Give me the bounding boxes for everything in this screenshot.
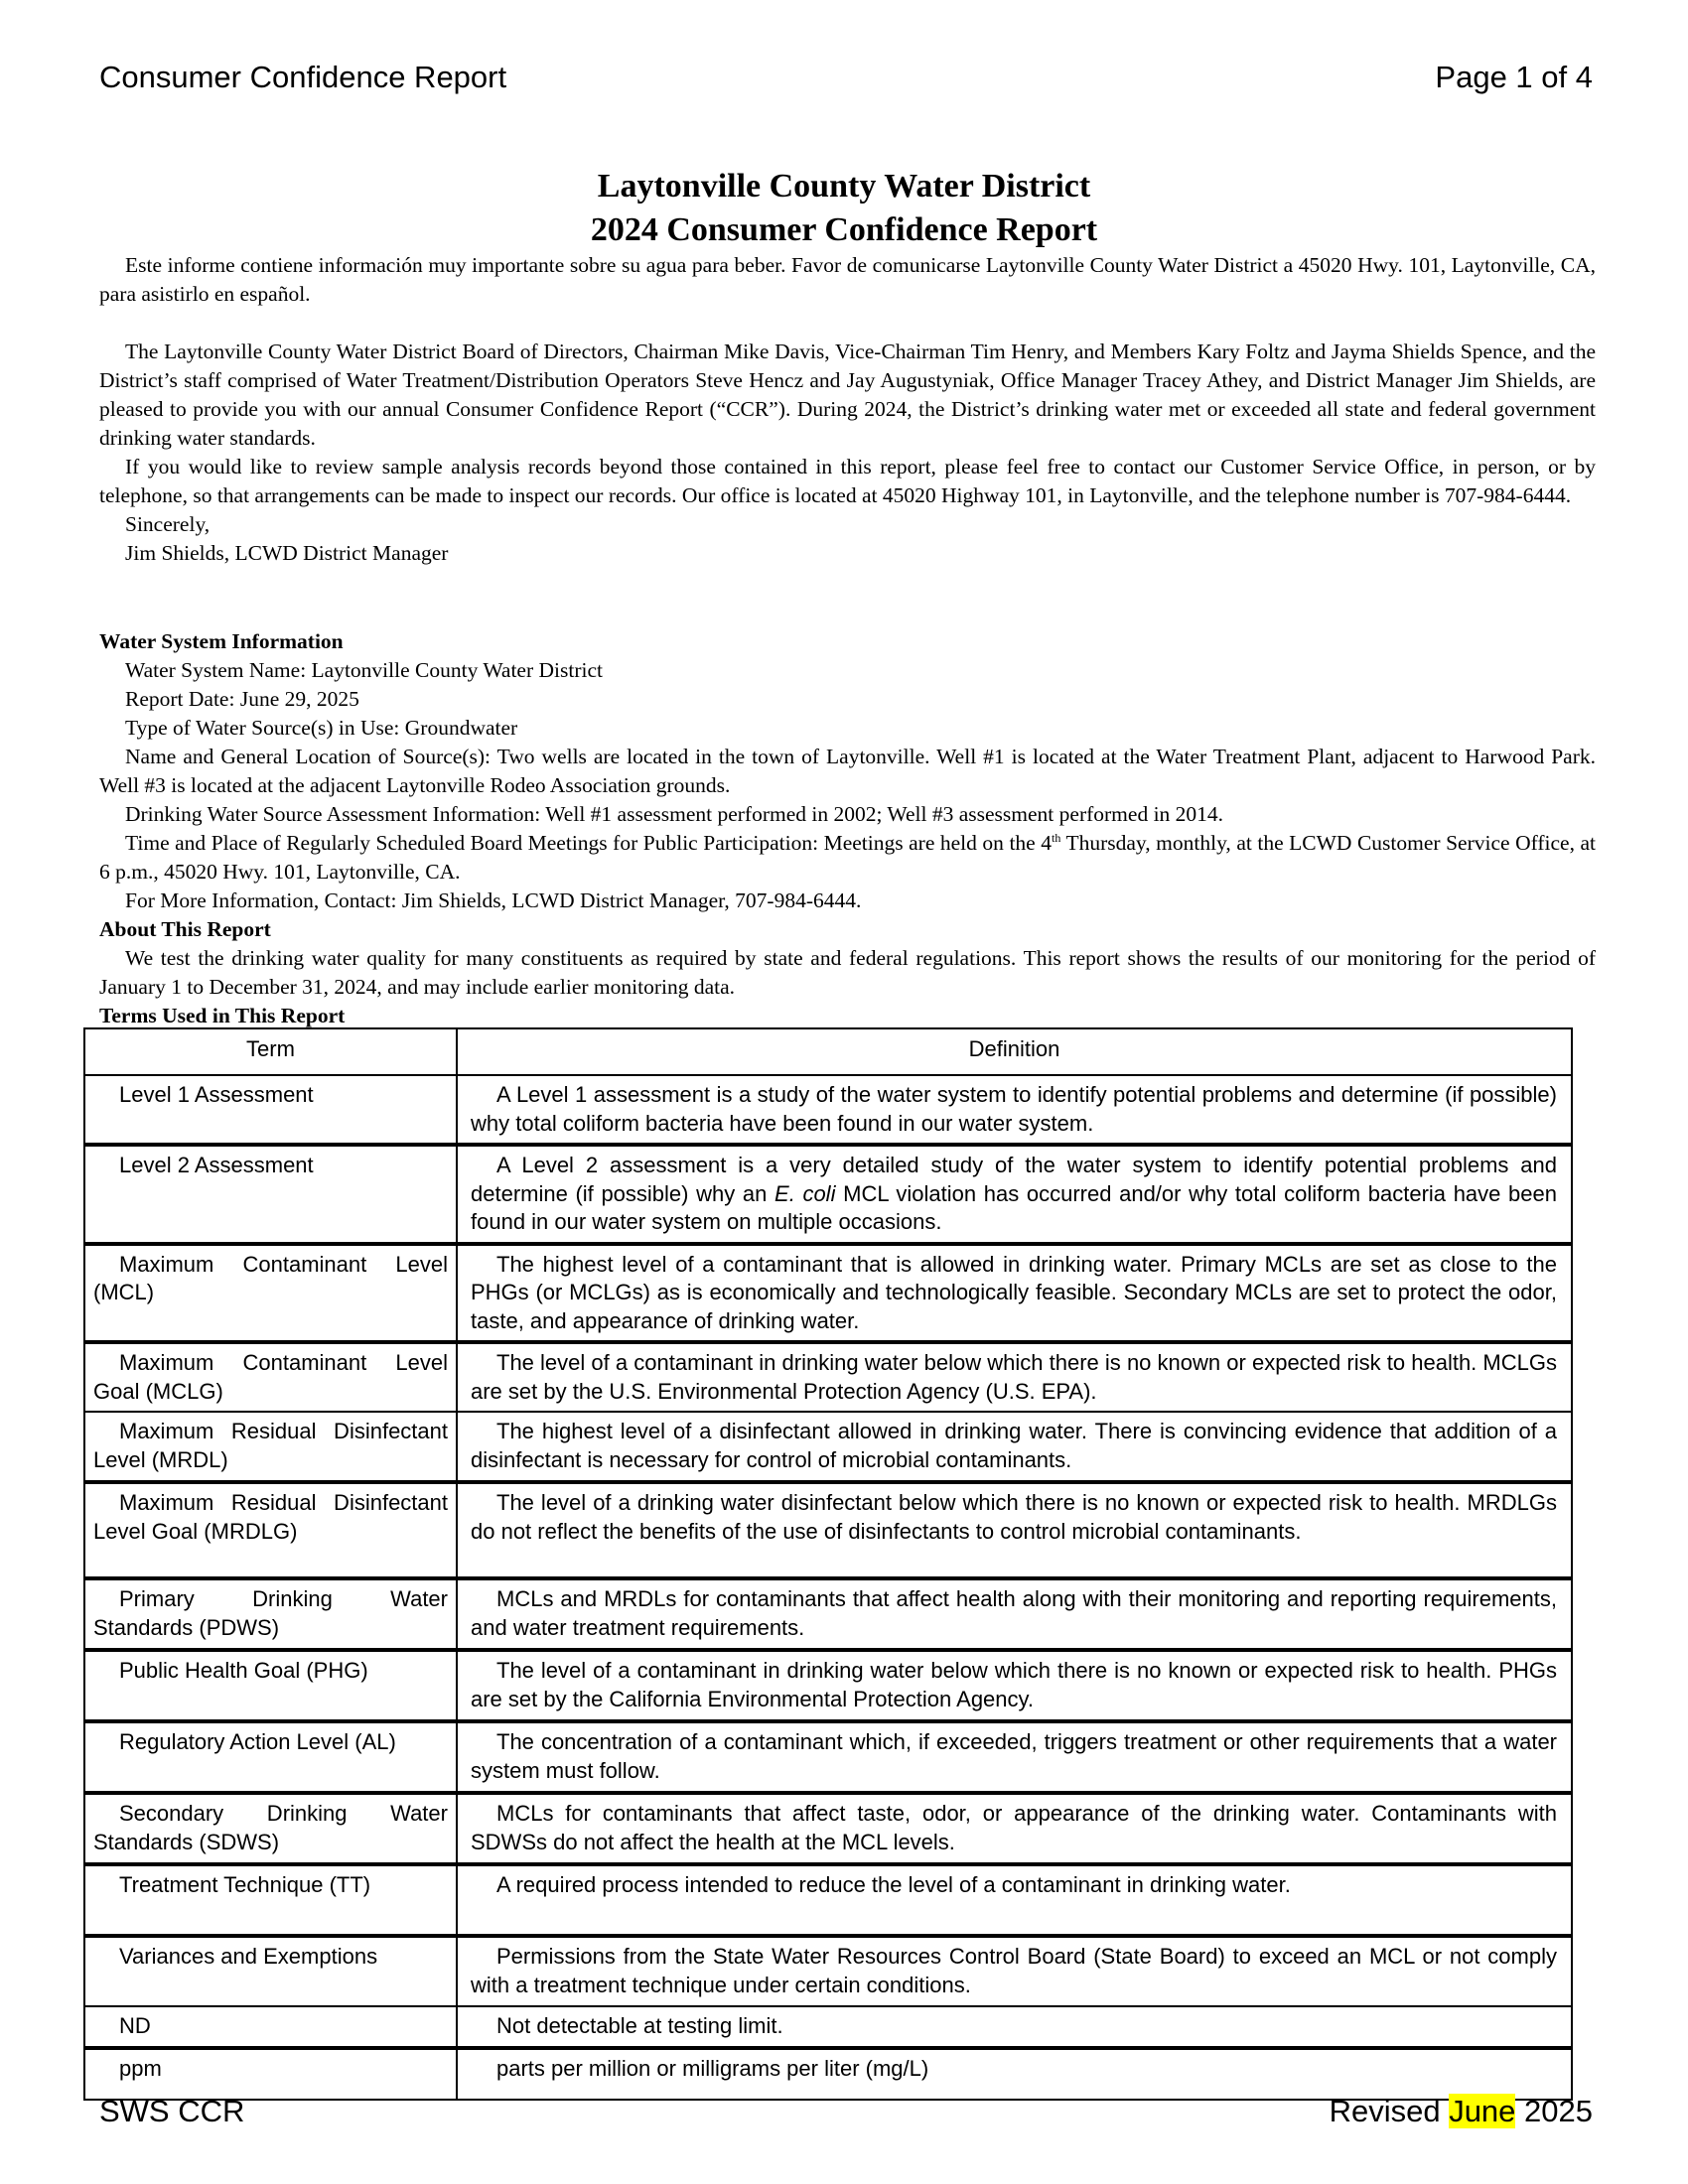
contact-info: For More Information, Contact: Jim Shiel… <box>99 887 1596 915</box>
definition-cell: The level of a drinking water disinfecta… <box>457 1482 1572 1578</box>
term-cell: Maximum Contaminant Level Goal (MCLG) <box>84 1342 457 1412</box>
term-cell: Primary Drinking Water Standards (PDWS) <box>84 1578 457 1650</box>
document-title: Laytonville County Water District <box>0 165 1688 208</box>
term-cell: Maximum Residual Disinfectant Level (MRD… <box>84 1412 457 1482</box>
signature: Jim Shields, LCWD District Manager <box>99 539 1596 568</box>
table-row: ppmparts per million or milligrams per l… <box>84 2048 1572 2100</box>
definition-cell: A Level 2 assessment is a very detailed … <box>457 1145 1572 1244</box>
highlighted-month: June <box>1449 2094 1515 2128</box>
page-number: Page 1 of 4 <box>1435 60 1593 95</box>
water-system-name: Water System Name: Laytonville County Wa… <box>99 656 1596 685</box>
definition-cell: The level of a contaminant in drinking w… <box>457 1342 1572 1412</box>
definition-cell: The concentration of a contaminant which… <box>457 1721 1572 1793</box>
term-cell: Regulatory Action Level (AL) <box>84 1721 457 1793</box>
term-cell: Level 2 Assessment <box>84 1145 457 1244</box>
source-type: Type of Water Source(s) in Use: Groundwa… <box>99 714 1596 743</box>
table-row: Secondary Drinking Water Standards (SDWS… <box>84 1793 1572 1864</box>
table-row: Level 1 AssessmentA Level 1 assessment i… <box>84 1075 1572 1145</box>
table-row: Treatment Technique (TT)A required proce… <box>84 1864 1572 1936</box>
board-paragraph: The Laytonville County Water District Bo… <box>99 338 1596 453</box>
board-meetings: Time and Place of Regularly Scheduled Bo… <box>99 829 1596 887</box>
definition-cell: Not detectable at testing limit. <box>457 2006 1572 2048</box>
report-date: Report Date: June 29, 2025 <box>99 685 1596 714</box>
term-cell: Variances and Exemptions <box>84 1936 457 2006</box>
water-system-info-heading: Water System Information <box>99 627 1596 656</box>
page-header-title: Consumer Confidence Report <box>99 60 506 95</box>
spanish-notice: Este informe contiene información muy im… <box>99 251 1596 309</box>
table-header-row: Term Definition <box>84 1028 1572 1075</box>
table-row: Maximum Contaminant Level (MCL)The highe… <box>84 1244 1572 1343</box>
closing: Sincerely, <box>99 510 1596 539</box>
definition-cell: Permissions from the State Water Resourc… <box>457 1936 1572 2006</box>
about-heading: About This Report <box>99 915 1596 944</box>
table-row: Maximum Residual Disinfectant Level (MRD… <box>84 1412 1572 1482</box>
term-cell: Public Health Goal (PHG) <box>84 1650 457 1721</box>
intro-section: Este informe contiene información muy im… <box>99 251 1596 568</box>
table-row: Maximum Contaminant Level Goal (MCLG)The… <box>84 1342 1572 1412</box>
definition-cell: The highest level of a disinfectant allo… <box>457 1412 1572 1482</box>
table-row: Variances and ExemptionsPermissions from… <box>84 1936 1572 2006</box>
definition-cell: MCLs for contaminants that affect taste,… <box>457 1793 1572 1864</box>
terms-table: Term Definition Level 1 AssessmentA Leve… <box>83 1027 1573 2101</box>
term-cell: Maximum Residual Disinfectant Level Goal… <box>84 1482 457 1578</box>
document-subtitle: 2024 Consumer Confidence Report <box>0 208 1688 252</box>
definition-cell: A required process intended to reduce th… <box>457 1864 1572 1936</box>
source-location: Name and General Location of Source(s): … <box>99 743 1596 800</box>
term-cell: ND <box>84 2006 457 2048</box>
term-cell: Treatment Technique (TT) <box>84 1864 457 1936</box>
table-row: Level 2 AssessmentA Level 2 assessment i… <box>84 1145 1572 1244</box>
term-cell: Level 1 Assessment <box>84 1075 457 1145</box>
source-assessment: Drinking Water Source Assessment Informa… <box>99 800 1596 829</box>
definition-cell: The level of a contaminant in drinking w… <box>457 1650 1572 1721</box>
term-cell: Secondary Drinking Water Standards (SDWS… <box>84 1793 457 1864</box>
definition-cell: The highest level of a contaminant that … <box>457 1244 1572 1343</box>
column-header-term: Term <box>84 1028 457 1075</box>
table-row: Public Health Goal (PHG)The level of a c… <box>84 1650 1572 1721</box>
water-system-info-section: Water System Information Water System Na… <box>99 627 1596 1030</box>
terms-heading: Terms Used in This Report <box>99 1002 1596 1030</box>
definition-cell: A Level 1 assessment is a study of the w… <box>457 1075 1572 1145</box>
about-text: We test the drinking water quality for m… <box>99 944 1596 1002</box>
table-row: Maximum Residual Disinfectant Level Goal… <box>84 1482 1572 1578</box>
column-header-definition: Definition <box>457 1028 1572 1075</box>
table-row: Primary Drinking Water Standards (PDWS)M… <box>84 1578 1572 1650</box>
records-paragraph: If you would like to review sample analy… <box>99 453 1596 510</box>
page-footer-revised: Revised June 2025 <box>1330 2094 1593 2129</box>
term-cell: ppm <box>84 2048 457 2100</box>
table-row: NDNot detectable at testing limit. <box>84 2006 1572 2048</box>
page-footer-left: SWS CCR <box>99 2094 244 2129</box>
table-row: Regulatory Action Level (AL)The concentr… <box>84 1721 1572 1793</box>
term-cell: Maximum Contaminant Level (MCL) <box>84 1244 457 1343</box>
terms-table-body: Level 1 AssessmentA Level 1 assessment i… <box>84 1075 1572 2100</box>
definition-cell: MCLs and MRDLs for contaminants that aff… <box>457 1578 1572 1650</box>
definition-cell: parts per million or milligrams per lite… <box>457 2048 1572 2100</box>
